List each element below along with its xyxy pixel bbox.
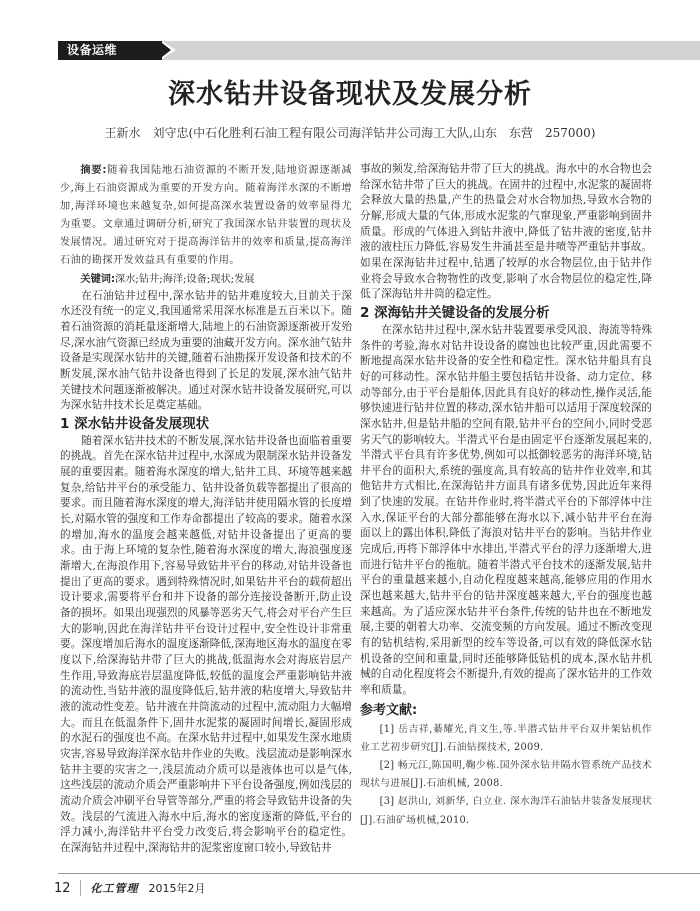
section-1-paragraph-continued: 事故的频发,给深海钻井带了巨大的挑战。海水中的水合物也会给深水钻井带了巨大的挑战… (360, 162, 652, 303)
abstract: 摘要:随着我国陆地石油资源的不断开发,陆地资源逐渐减少,海上石油资源成为重要的开… (60, 162, 352, 271)
left-column: 摘要:随着我国陆地石油资源的不断开发,陆地资源逐渐减少,海上石油资源成为重要的开… (60, 162, 352, 857)
footer-separator (80, 880, 81, 896)
article-title: 深水钻井设备现状及发展分析 (0, 72, 700, 111)
arrow-right-icon (162, 43, 171, 57)
section-1-paragraph: 随着深水钻井技术的不断发展,深水钻井设备也面临着重要的挑战。首先在深水钻井过程中… (60, 434, 352, 857)
page-number: 12 (54, 881, 71, 896)
footer-divider (58, 873, 700, 874)
abstract-text: 随着我国陆地石油资源的不断开发,陆地资源逐渐减少,海上石油资源成为重要的开发方向… (60, 165, 352, 266)
section-2-heading: 2 深海钻井关键设备的发展分析 (360, 303, 652, 323)
section-2-paragraph: 在深水钻井过程中,深水钻井装置要承受风浪、海流等特殊条件的考验,海水对钻井设设备… (360, 323, 652, 699)
abstract-label: 摘要: (80, 165, 106, 176)
issue-date: 2015年2月 (149, 880, 206, 896)
journal-logo: 化工管理 (91, 880, 139, 896)
intro-paragraph: 在石油钻井过程中,深水钻井的钻井难度较大,目前关于深水还没有统一的定义,我国通常… (60, 289, 352, 414)
keywords-label: 关键词: (80, 274, 115, 285)
references-list: [1] 岳吉祥,綦耀光,肖文生,等.半潜式钻井平台双井架钻机作业工艺初步研究[J… (360, 721, 652, 830)
author-affiliation: 王新水 刘守忠(中石化胜利石油工程有限公司海洋钻井公司海工大队,山东 东营 25… (0, 124, 700, 141)
right-column: 事故的频发,给深海钻井带了巨大的挑战。海水中的水合物也会给深水钻井带了巨大的挑战… (360, 162, 652, 830)
reference-item: [2] 畅元江,陈国明,鞠少栋.国外深水钻井隔水管系统产品技术现状与进展[J].… (360, 757, 652, 793)
references-heading: 参考文献: (360, 701, 652, 721)
keywords: 关键词:深水;钻井;海洋;设备;现状;发展 (60, 271, 352, 289)
page-footer: 12 化工管理 2015年2月 (54, 878, 206, 898)
reference-item: [1] 岳吉祥,綦耀光,肖文生,等.半潜式钻井平台双井架钻机作业工艺初步研究[J… (360, 721, 652, 757)
section-tag: 设备运维 (58, 41, 162, 60)
keywords-text: 深水;钻井;海洋;设备;现状;发展 (115, 274, 254, 285)
section-1-heading: 1 深水钻井设备发展现状 (60, 414, 352, 434)
reference-item: [3] 赵洪山, 刘新华, 白立业. 深水海洋石油钻井装备发展现状[J].石油矿… (360, 793, 652, 829)
